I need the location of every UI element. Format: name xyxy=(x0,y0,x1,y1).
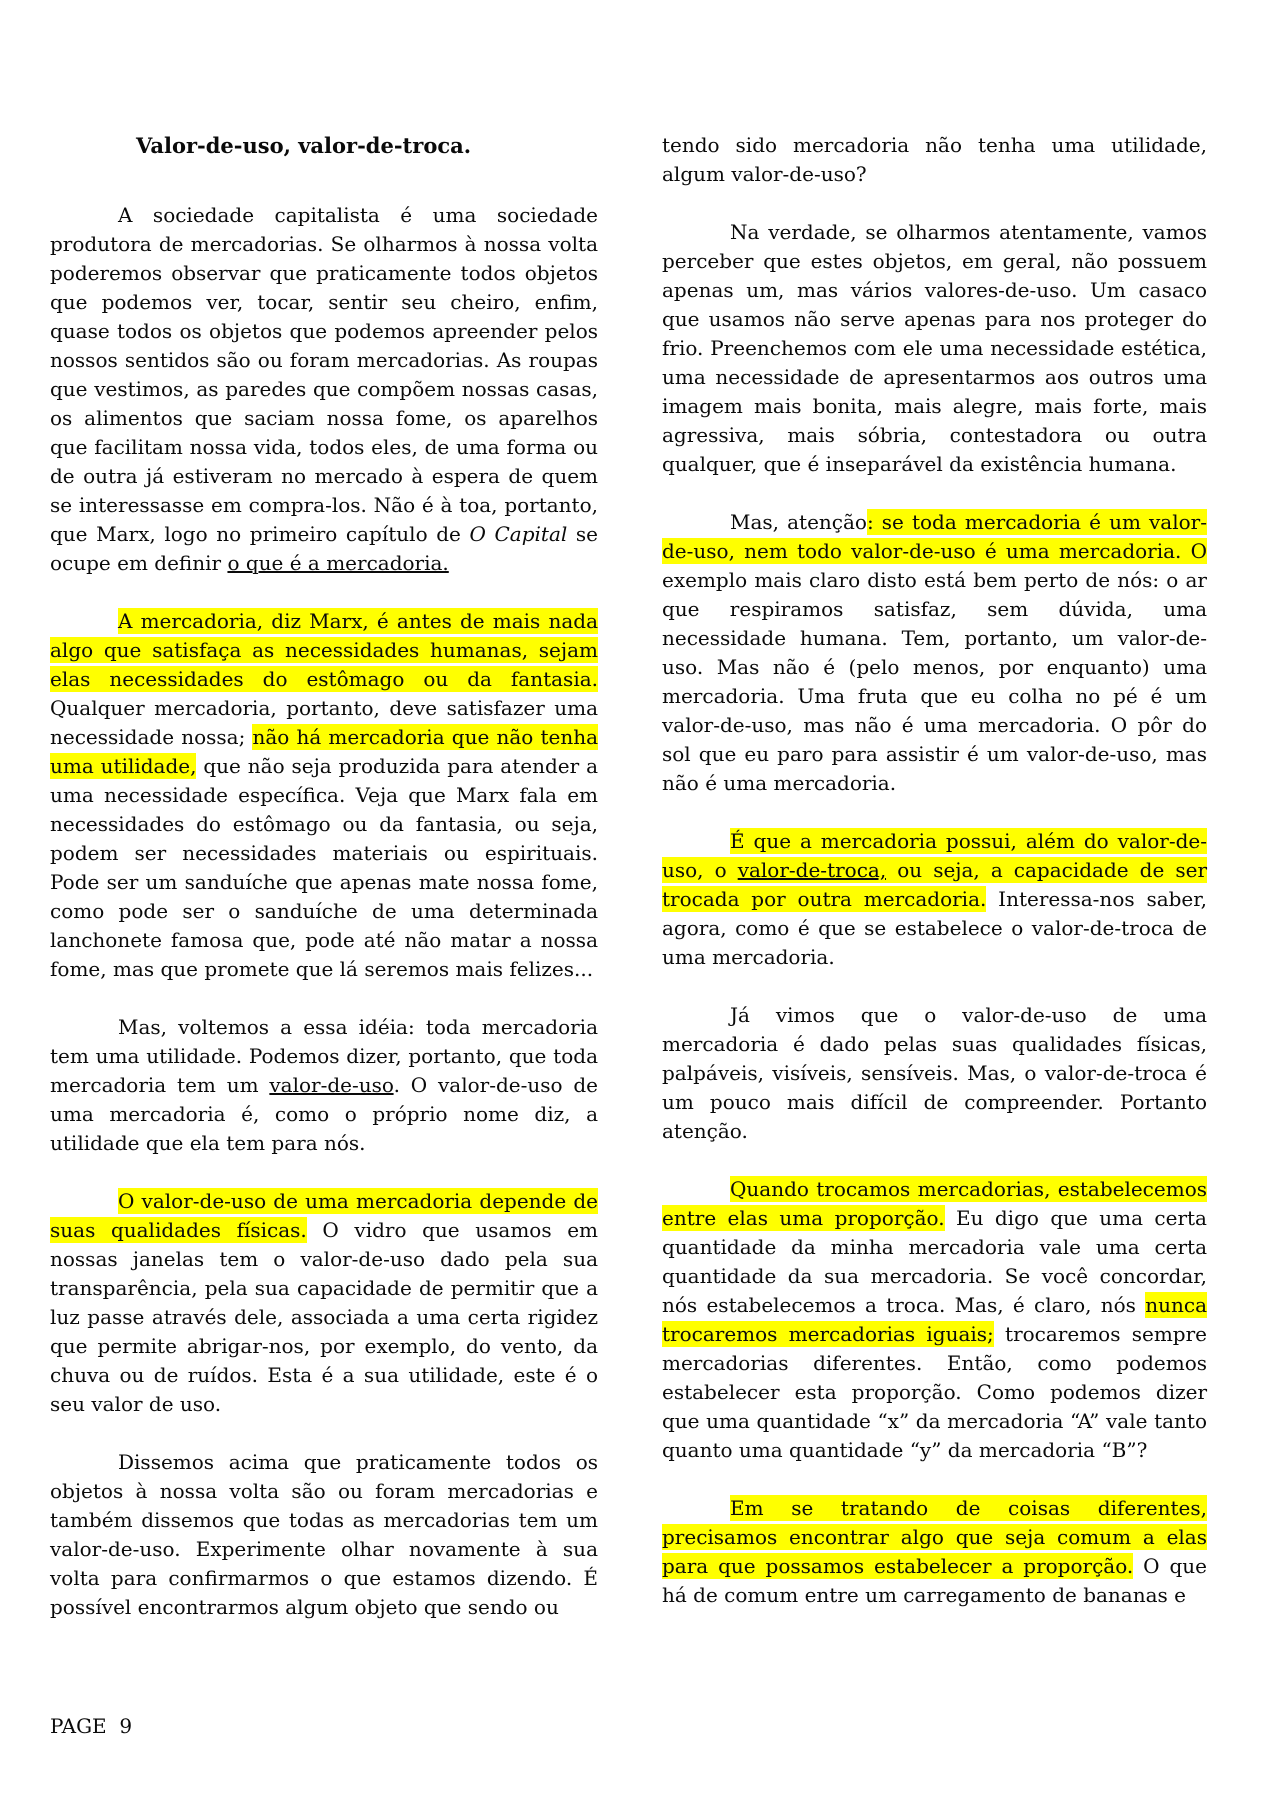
text-run: Mas, atenção xyxy=(730,510,867,534)
text-run: valor-de-uso xyxy=(269,1073,393,1097)
column-right: tendo sido mercadoria não tenha uma util… xyxy=(662,131,1207,1651)
text-run: Na verdade, se olharmos atentamente, vam… xyxy=(662,220,1207,476)
highlighted-text: A mercadoria, diz Marx, é antes de mais … xyxy=(50,608,598,692)
column-left-paragraphs: A sociedade capitalista é uma sociedade … xyxy=(50,201,598,1622)
paragraph: Dissemos acima que praticamente todos os… xyxy=(50,1448,598,1622)
text-run: que não seja produzida para atender a um… xyxy=(50,754,598,981)
text-run: Já vimos que o valor-de-uso de uma merca… xyxy=(662,1003,1207,1143)
paragraph: tendo sido mercadoria não tenha uma util… xyxy=(662,131,1207,189)
page-title: Valor-de-uso, valor-de-troca. xyxy=(136,131,598,160)
text-run: tendo sido mercadoria não tenha uma util… xyxy=(662,133,1207,186)
paragraph: Quando trocamos mercadorias, estabelecem… xyxy=(662,1175,1207,1465)
paragraph: Já vimos que o valor-de-uso de uma merca… xyxy=(662,1001,1207,1146)
text-run: Dissemos acima que praticamente todos os… xyxy=(50,1450,598,1619)
text-run: O vidro que usamos em nossas janelas tem… xyxy=(50,1218,598,1416)
column-left: Valor-de-uso, valor-de-troca. A sociedad… xyxy=(50,131,598,1651)
paragraph: É que a mercadoria possui, além do valor… xyxy=(662,827,1207,972)
text-columns: Valor-de-uso, valor-de-troca. A sociedad… xyxy=(50,131,1207,1651)
text-run: exemplo mais claro disto está bem perto … xyxy=(662,568,1207,795)
highlighted-text: valor-de-troca, xyxy=(738,857,887,883)
text-run: O Capital xyxy=(469,522,567,546)
text-run: o que é a mercadoria. xyxy=(227,551,448,575)
paragraph: O valor-de-uso de uma mercadoria depende… xyxy=(50,1187,598,1419)
paragraph: Mas, atenção: se toda mercadoria é um va… xyxy=(662,508,1207,798)
paragraph: Em se tratando de coisas diferentes, pre… xyxy=(662,1494,1207,1610)
paragraph: Mas, voltemos a essa idéia: toda mercado… xyxy=(50,1013,598,1158)
document-page: Valor-de-uso, valor-de-troca. A sociedad… xyxy=(0,0,1280,1811)
page-number: PAGE 9 xyxy=(50,1712,132,1741)
paragraph: A mercadoria, diz Marx, é antes de mais … xyxy=(50,607,598,984)
paragraph: A sociedade capitalista é uma sociedade … xyxy=(50,201,598,578)
paragraph: Na verdade, se olharmos atentamente, vam… xyxy=(662,218,1207,479)
column-right-paragraphs: tendo sido mercadoria não tenha uma util… xyxy=(662,131,1207,1610)
text-run: A sociedade capitalista é uma sociedade … xyxy=(50,203,598,546)
highlighted-text: Em se tratando de coisas diferentes, pre… xyxy=(662,1495,1207,1579)
